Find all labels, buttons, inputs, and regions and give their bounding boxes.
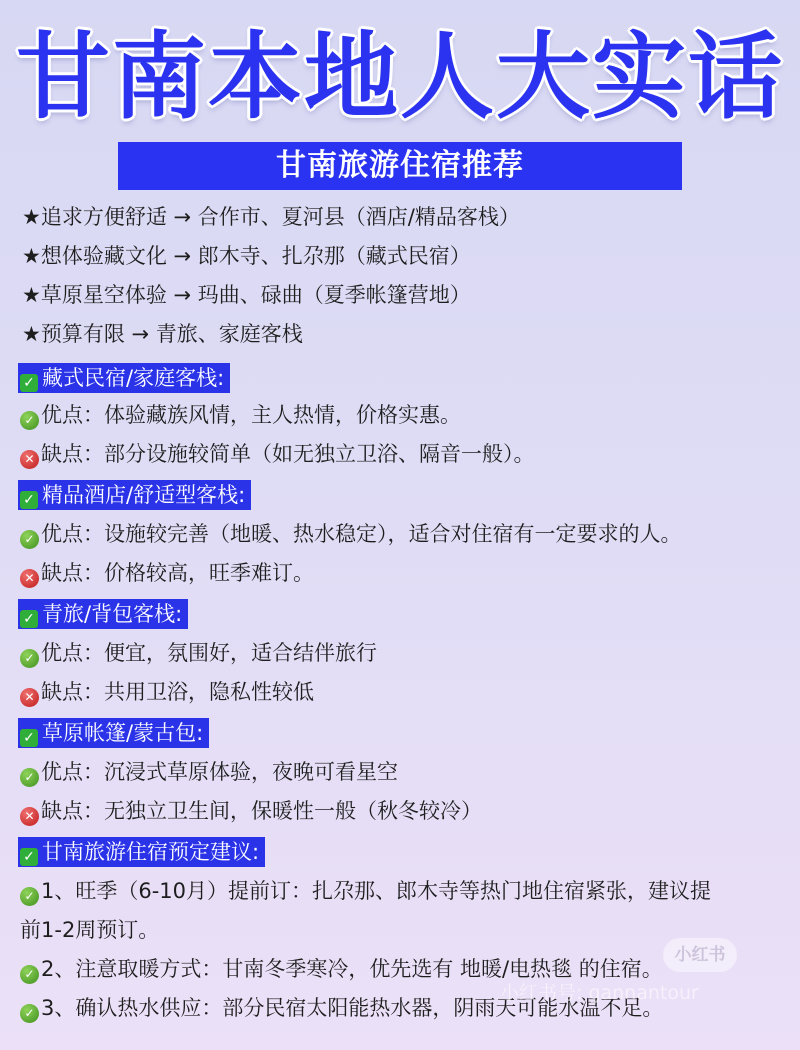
advice-text: 1、旺季（6-10月）提前订：扎尕那、郎木寺等热门地住宿紧张，建议提: [41, 879, 711, 903]
pros-line: ✓优点：设施较完善（地暖、热水稳定），适合对住宿有一定要求的人。: [20, 517, 682, 551]
subtitle-banner: 甘南旅游住宿推荐: [118, 142, 682, 190]
page-title: 甘南本地人大实话: [0, 18, 800, 138]
cons-text: 缺点：共用卫浴，隐私性较低: [41, 680, 314, 704]
check-box-icon: ✓: [20, 491, 38, 509]
cross-circle-icon: ✕: [20, 688, 39, 707]
cons-text: 缺点：价格较高，旺季难订。: [41, 561, 314, 585]
cross-circle-icon: ✕: [20, 569, 39, 588]
check-circle-icon: ✓: [20, 411, 39, 430]
check-circle-icon: ✓: [20, 530, 39, 549]
check-box-icon: ✓: [20, 848, 38, 866]
check-box-icon: ✓: [20, 610, 38, 628]
cons-line: ✕缺点：价格较高，旺季难订。: [20, 556, 314, 590]
cons-text: 缺点：无独立卫生间，保暖性一般（秋冬较冷）: [41, 799, 482, 823]
check-circle-icon: ✓: [20, 887, 39, 906]
recommendation-item: ★追求方便舒适 → 合作市、夏河县（酒店/精品客栈）: [22, 200, 520, 234]
check-box-icon: ✓: [20, 374, 38, 392]
watermark-logo: 小红书: [663, 938, 737, 972]
check-box-icon: ✓: [20, 729, 38, 747]
cons-line: ✕缺点：共用卫浴，隐私性较低: [20, 675, 314, 709]
pros-text: 优点：设施较完善（地暖、热水稳定），适合对住宿有一定要求的人。: [41, 522, 682, 546]
pros-text: 优点：体验藏族风情，主人热情，价格实惠。: [41, 403, 461, 427]
section-heading: ✓草原帐篷/蒙古包:: [18, 718, 209, 748]
cons-line: ✕缺点：无独立卫生间，保暖性一般（秋冬较冷）: [20, 794, 482, 828]
pros-text: 优点：便宜，氛围好，适合结伴旅行: [41, 641, 377, 665]
cross-circle-icon: ✕: [20, 807, 39, 826]
advice-item: ✓1、旺季（6-10月）提前订：扎尕那、郎木寺等热门地住宿紧张，建议提: [20, 874, 711, 908]
check-circle-icon: ✓: [20, 1004, 39, 1023]
section-heading: ✓青旅/背包客栈:: [18, 599, 188, 629]
recommendation-item: ★预算有限 → 青旅、家庭客栈: [22, 317, 303, 351]
section-heading-label: 草原帐篷/蒙古包:: [42, 721, 203, 745]
advice-item-continued: 前1-2周预订。: [20, 913, 159, 947]
pros-line: ✓优点：便宜，氛围好，适合结伴旅行: [20, 636, 377, 670]
check-circle-icon: ✓: [20, 649, 39, 668]
recommendation-item: ★草原星空体验 → 玛曲、碌曲（夏季帐篷营地）: [22, 278, 471, 312]
check-circle-icon: ✓: [20, 965, 39, 984]
check-circle-icon: ✓: [20, 768, 39, 787]
section-heading-label: 甘南旅游住宿预定建议:: [42, 840, 259, 864]
section-heading-label: 精品酒店/舒适型客栈:: [42, 483, 245, 507]
pros-line: ✓优点：沉浸式草原体验，夜晚可看星空: [20, 755, 398, 789]
pros-text: 优点：沉浸式草原体验，夜晚可看星空: [41, 760, 398, 784]
cons-line: ✕缺点：部分设施较简单（如无独立卫浴、隔音一般）。: [20, 437, 535, 471]
cross-circle-icon: ✕: [20, 450, 39, 469]
section-heading: ✓藏式民宿/家庭客栈:: [18, 363, 230, 393]
cons-text: 缺点：部分设施较简单（如无独立卫浴、隔音一般）。: [41, 442, 535, 466]
recommendation-item: ★想体验藏文化 → 郎木寺、扎尕那（藏式民宿）: [22, 239, 471, 273]
section-heading: ✓精品酒店/舒适型客栈:: [18, 480, 251, 510]
section-heading-label: 青旅/背包客栈:: [42, 602, 182, 626]
watermark-id: 小红书号: gannantour: [500, 978, 699, 1005]
pros-line: ✓优点：体验藏族风情，主人热情，价格实惠。: [20, 398, 461, 432]
section-heading-advice: ✓甘南旅游住宿预定建议:: [18, 837, 265, 867]
section-heading-label: 藏式民宿/家庭客栈:: [42, 366, 224, 390]
